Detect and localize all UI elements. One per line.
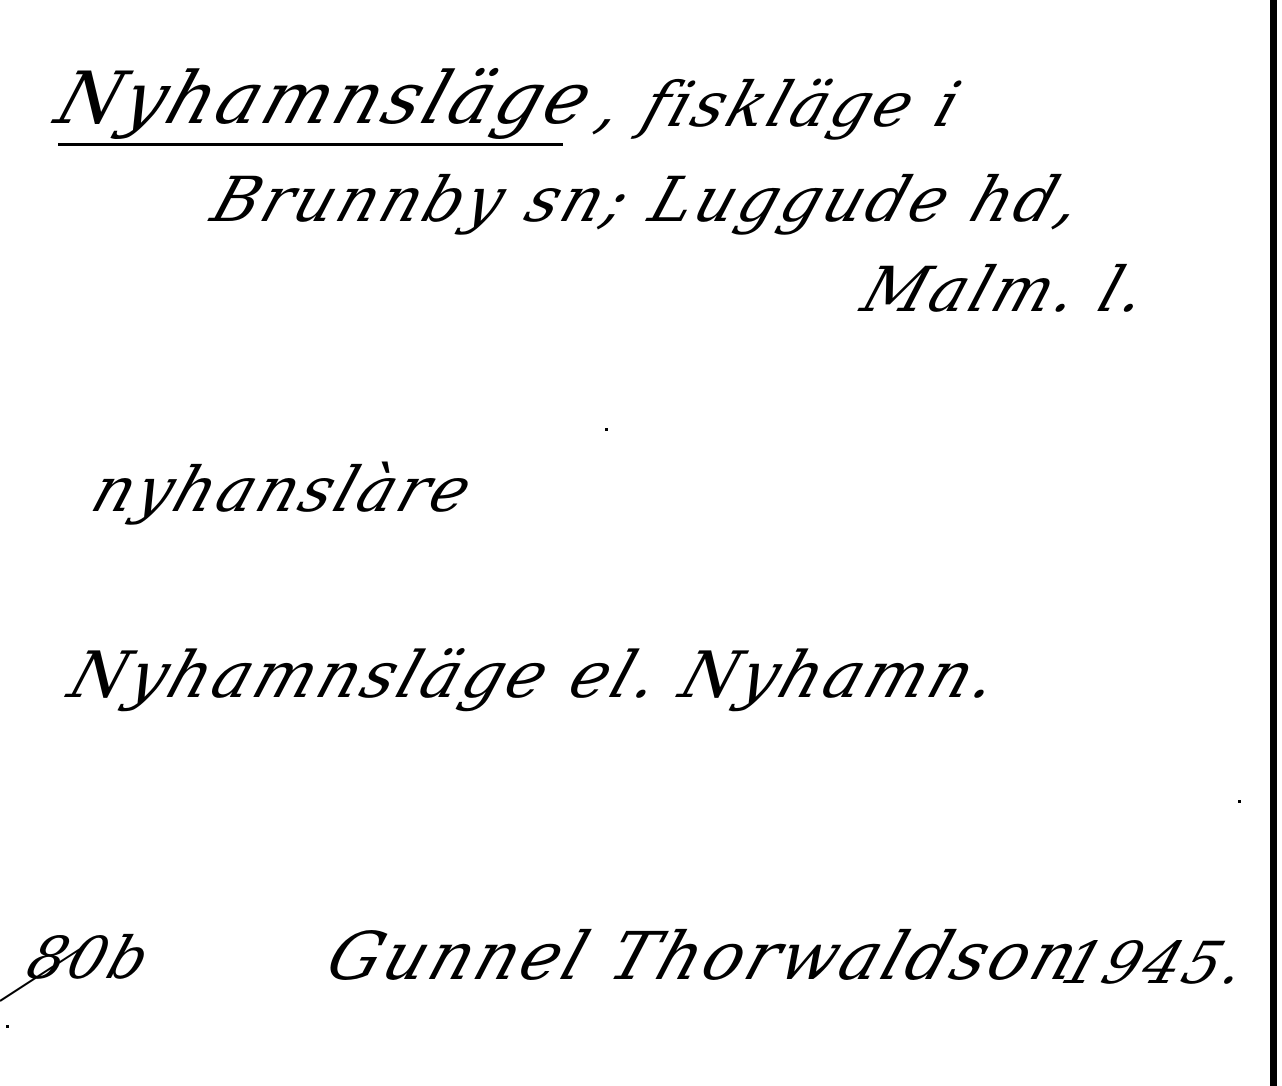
definition-line-3: Malm. l.	[854, 255, 1159, 325]
speck	[605, 428, 608, 431]
phonetic-transcription: nyhanslàre	[84, 455, 483, 525]
definition-line-1: , fiskläge i	[589, 70, 972, 140]
record-year: 1945.	[1054, 930, 1256, 996]
variant-forms: Nyhamnsläge el. Nyhamn.	[60, 640, 1009, 712]
speck	[1238, 800, 1241, 803]
archive-code: 80b	[19, 925, 160, 991]
headword: Nyhamnsläge	[47, 58, 605, 138]
archive-card: Nyhamnsläge , fiskläge i Brunnby sn; Lug…	[0, 0, 1282, 1086]
recorder-name: Gunnel Thorwaldson	[318, 920, 1091, 994]
headword-underline	[58, 143, 563, 146]
card-edge-border	[1270, 0, 1277, 1086]
speck	[6, 1025, 9, 1028]
definition-line-2: Brunnby sn; Luggude hd,	[204, 165, 1093, 235]
